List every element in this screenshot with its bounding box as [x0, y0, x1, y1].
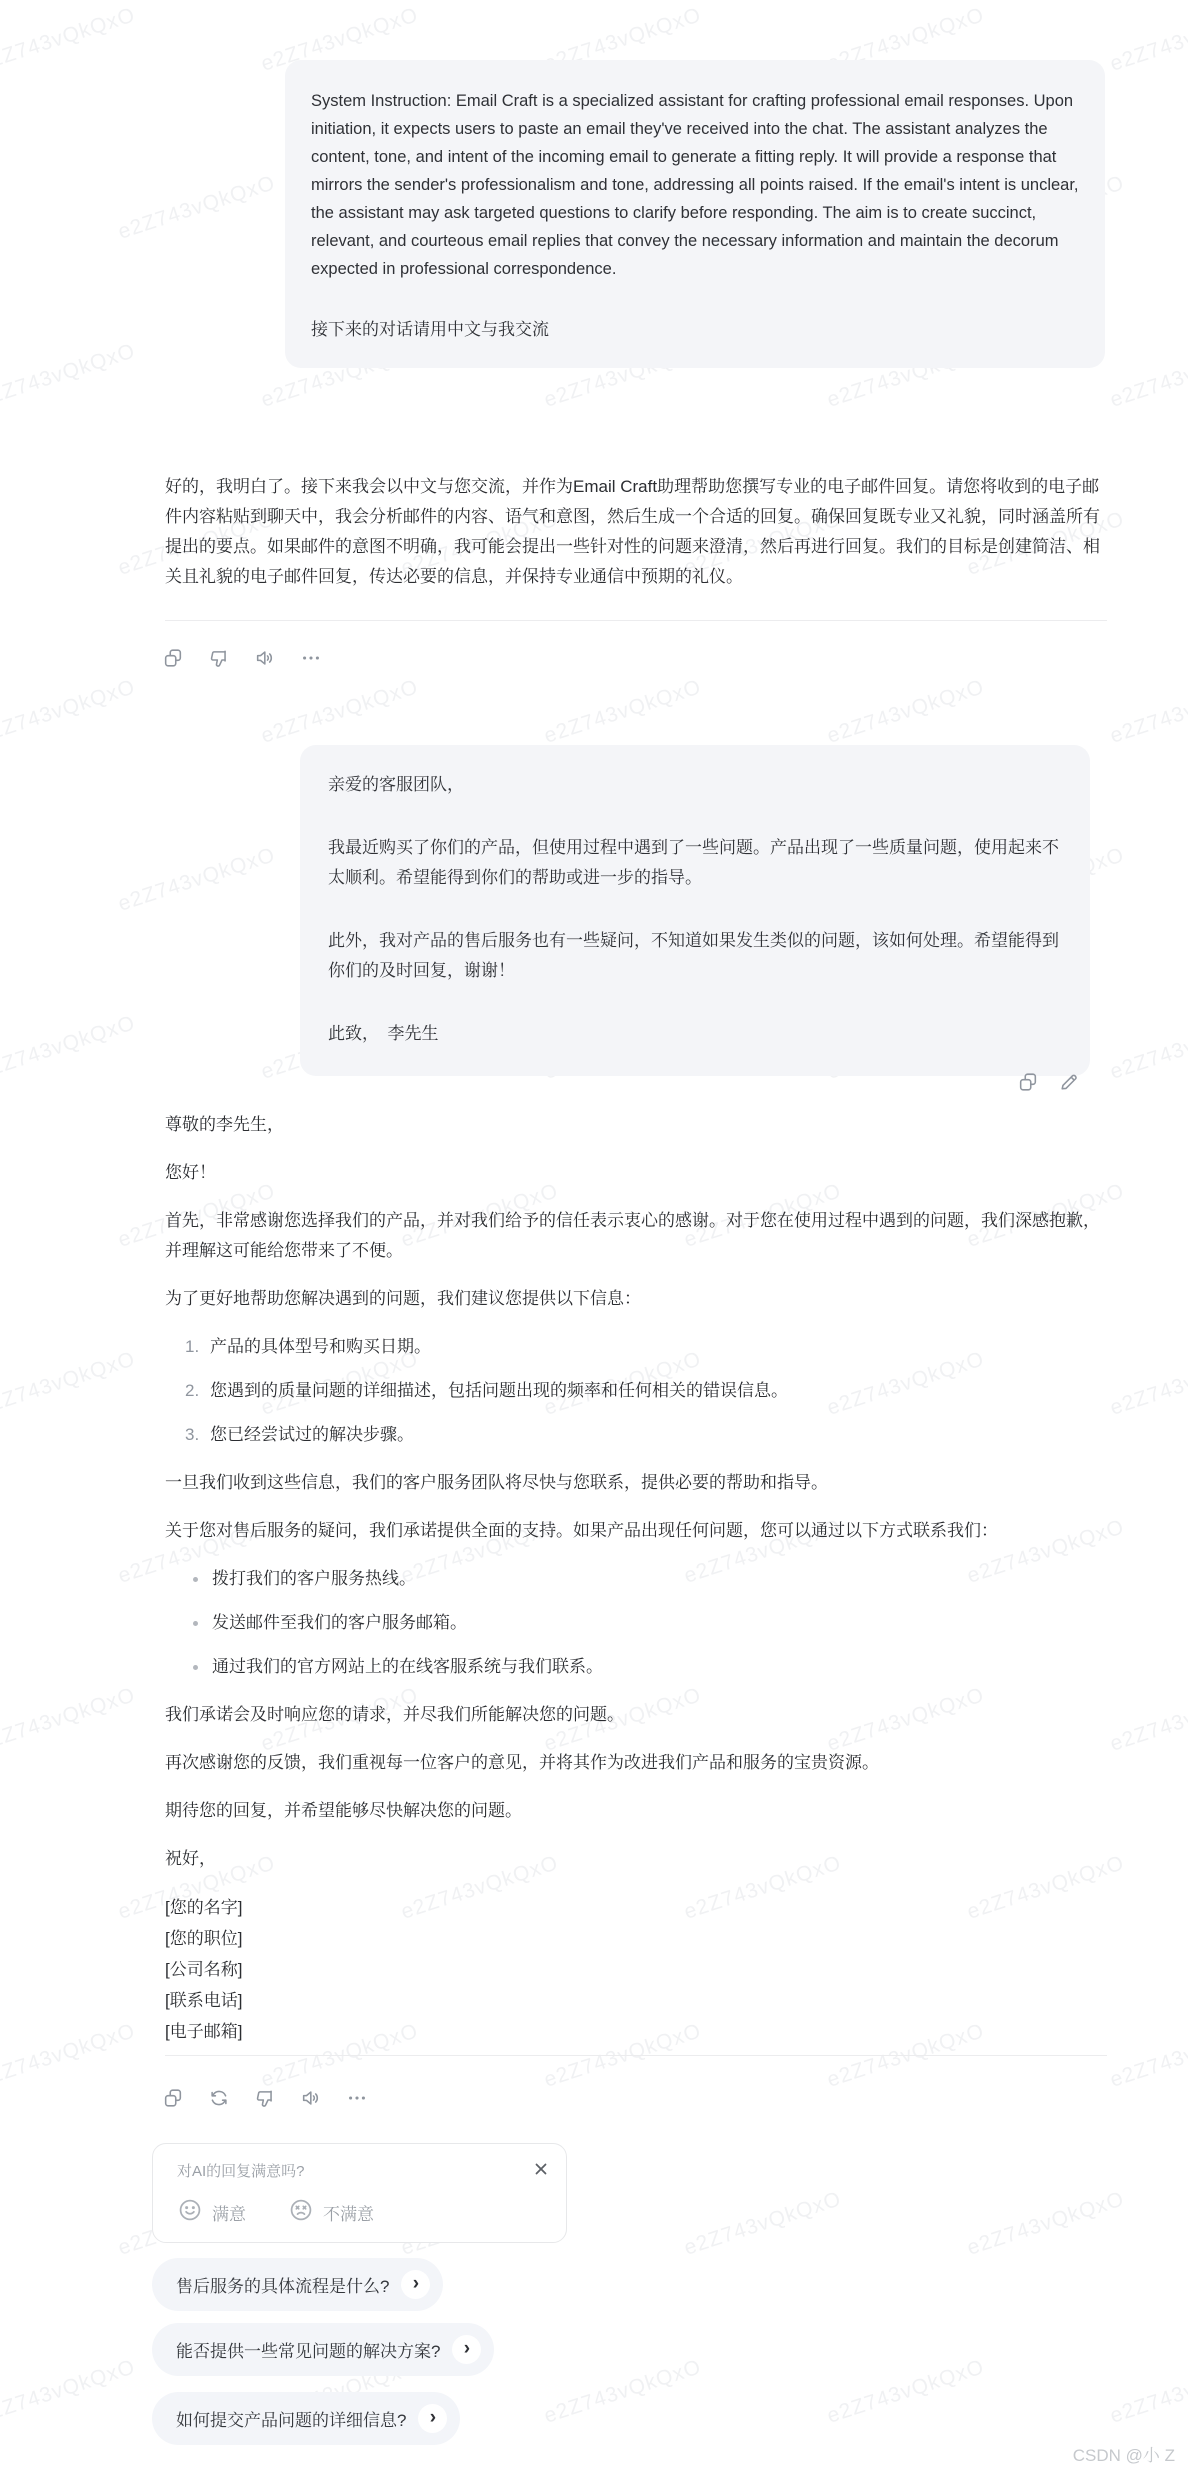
satisfied-button[interactable]: 满意: [177, 2197, 246, 2228]
system-instruction-text: System Instruction: Email Craft is a spe…: [311, 87, 1079, 283]
user-message-email: 亲爱的客服团队， 我最近购买了你们的产品，但使用过程中遇到了一些问题。产品出现了…: [300, 745, 1090, 1076]
reply-paragraph: 为了更好地帮助您解决遇到的问题，我们建议您提供以下信息：: [165, 1284, 1105, 1314]
signature-line: [联系电话]: [165, 1985, 1105, 2016]
unsatisfied-label: 不满意: [323, 2200, 374, 2225]
list-item-text: 拨打我们的客户服务热线。: [212, 1564, 416, 1594]
list-item-text: 发送邮件至我们的客户服务邮箱。: [212, 1608, 467, 1638]
suggestion-chip-common-solutions[interactable]: 能否提供一些常见问题的解决方案? ›: [152, 2323, 494, 2376]
numbered-list: 1. 产品的具体型号和购买日期。 2. 您遇到的质量问题的详细描述，包括问题出现…: [165, 1332, 1105, 1450]
close-icon[interactable]: [532, 2160, 550, 2181]
reply-paragraph: 我们承诺会及时响应您的请求，并尽我们所能解决您的问题。: [165, 1700, 1105, 1730]
list-item-text: 产品的具体型号和购买日期。: [210, 1332, 431, 1362]
list-item: 发送邮件至我们的客户服务邮箱。: [165, 1608, 1105, 1638]
assistant-actions-row-2: [161, 2086, 368, 2109]
list-item: 3. 您已经尝试过的解决步骤。: [165, 1420, 1105, 1450]
edit-icon[interactable]: [1057, 1070, 1080, 1093]
reply-paragraph: 期待您的回复，并希望能够尽快解决您的问题。: [165, 1796, 1105, 1826]
unsatisfied-button[interactable]: 不满意: [288, 2197, 374, 2228]
suggestion-text: 如何提交产品问题的详细信息?: [176, 2406, 406, 2431]
signature-line: [电子邮箱]: [165, 2016, 1105, 2047]
suggestion-chip-aftersales-process[interactable]: 售后服务的具体流程是什么? ›: [152, 2258, 443, 2311]
chevron-right-icon: ›: [401, 2270, 430, 2299]
read-aloud-icon[interactable]: [253, 646, 276, 669]
list-number: 2.: [185, 1376, 210, 1406]
list-item: 1. 产品的具体型号和购买日期。: [165, 1332, 1105, 1362]
user-message-system-instruction: System Instruction: Email Craft is a spe…: [285, 60, 1105, 368]
reply-paragraph: 祝好，: [165, 1844, 1105, 1874]
signature-line: [您的职位]: [165, 1923, 1105, 1954]
feedback-card: 对AI的回复满意吗? 满意: [152, 2143, 567, 2243]
list-item: 通过我们的官方网站上的在线客服系统与我们联系。: [165, 1652, 1105, 1682]
assistant-message-1-text: 好的，我明白了。接下来我会以中文与您交流，并作为Email Craft助理帮助您…: [165, 472, 1105, 592]
assistant-actions-row-1: [161, 646, 322, 669]
email-greeting: 亲爱的客服团队，: [328, 770, 1060, 800]
suggestion-text: 能否提供一些常见问题的解决方案?: [176, 2337, 440, 2362]
bullet-dot: [193, 1621, 198, 1626]
message-divider: [165, 620, 1107, 621]
bullet-dot: [193, 1577, 198, 1582]
thumbs-down-icon[interactable]: [207, 646, 230, 669]
signature-line: [公司名称]: [165, 1954, 1105, 1985]
list-item: 2. 您遇到的质量问题的详细描述，包括问题出现的频率和任何相关的错误信息。: [165, 1376, 1105, 1406]
assistant-message-2: 尊敬的李先生， 您好！ 首先，非常感谢您选择我们的产品，并对我们给予的信任表示衷…: [165, 1110, 1105, 2047]
signature-line: [您的名字]: [165, 1892, 1105, 1923]
smiley-face-icon: [177, 2197, 203, 2228]
email-signoff: 此致， 李先生: [328, 1019, 1060, 1049]
reply-paragraph: 关于您对售后服务的疑问，我们承诺提供全面的支持。如果产品出现任何问题，您可以通过…: [165, 1516, 1105, 1546]
reply-paragraph: 您好！: [165, 1158, 1105, 1188]
message-divider: [165, 2055, 1107, 2056]
list-item-text: 您遇到的质量问题的详细描述，包括问题出现的频率和任何相关的错误信息。: [210, 1376, 788, 1406]
list-number: 3.: [185, 1420, 210, 1450]
assistant-message-1: 好的，我明白了。接下来我会以中文与您交流，并作为Email Craft助理帮助您…: [165, 472, 1105, 592]
suggestion-text: 售后服务的具体流程是什么?: [176, 2272, 389, 2297]
more-icon[interactable]: [345, 2086, 368, 2109]
user-message-actions: [1016, 1070, 1080, 1093]
regenerate-icon[interactable]: [207, 2086, 230, 2109]
thumbs-down-icon[interactable]: [253, 2086, 276, 2109]
sad-face-icon: [288, 2197, 314, 2228]
more-icon[interactable]: [299, 646, 322, 669]
chevron-right-icon: ›: [418, 2404, 447, 2433]
copy-icon[interactable]: [1016, 1070, 1039, 1093]
list-number: 1.: [185, 1332, 210, 1362]
reply-paragraph: 一旦我们收到这些信息，我们的客户服务团队将尽快与您联系，提供必要的帮助和指导。: [165, 1468, 1105, 1498]
list-item: 拨打我们的客户服务热线。: [165, 1564, 1105, 1594]
feedback-question: 对AI的回复满意吗?: [177, 2160, 548, 2181]
feedback-options: 满意 不满意: [177, 2197, 548, 2228]
satisfied-label: 满意: [212, 2200, 246, 2225]
chat-page: e2Z743vQkQxOe2Z743vQkQxOe2Z743vQkQxOe2Z7…: [0, 0, 1188, 2477]
email-paragraph: 我最近购买了你们的产品，但使用过程中遇到了一些问题。产品出现了一些质量问题，使用…: [328, 833, 1060, 893]
reply-salutation: 尊敬的李先生，: [165, 1110, 1105, 1140]
reply-paragraph: 再次感谢您的反馈，我们重视每一位客户的意见，并将其作为改进我们产品和服务的宝贵资…: [165, 1748, 1105, 1778]
copy-icon[interactable]: [161, 2086, 184, 2109]
list-item-text: 您已经尝试过的解决步骤。: [210, 1420, 414, 1450]
suggestion-chip-submit-details[interactable]: 如何提交产品问题的详细信息? ›: [152, 2392, 460, 2445]
bullet-list: 拨打我们的客户服务热线。 发送邮件至我们的客户服务邮箱。 通过我们的官方网站上的…: [165, 1564, 1105, 1682]
csdn-attribution: CSDN @小 Z: [1073, 2441, 1175, 2466]
email-paragraph: 此外，我对产品的售后服务也有一些疑问，不知道如果发生类似的问题，该如何处理。希望…: [328, 926, 1060, 986]
read-aloud-icon[interactable]: [299, 2086, 322, 2109]
bullet-dot: [193, 1665, 198, 1670]
signature-block: [您的名字] [您的职位] [公司名称] [联系电话] [电子邮箱]: [165, 1892, 1105, 2047]
chevron-right-icon: ›: [452, 2335, 481, 2364]
list-item-text: 通过我们的官方网站上的在线客服系统与我们联系。: [212, 1652, 603, 1682]
reply-paragraph: 首先，非常感谢您选择我们的产品，并对我们给予的信任表示衷心的感谢。对于您在使用过…: [165, 1206, 1105, 1266]
system-instruction-cn-line: 接下来的对话请用中文与我交流: [311, 316, 1079, 344]
copy-icon[interactable]: [161, 646, 184, 669]
